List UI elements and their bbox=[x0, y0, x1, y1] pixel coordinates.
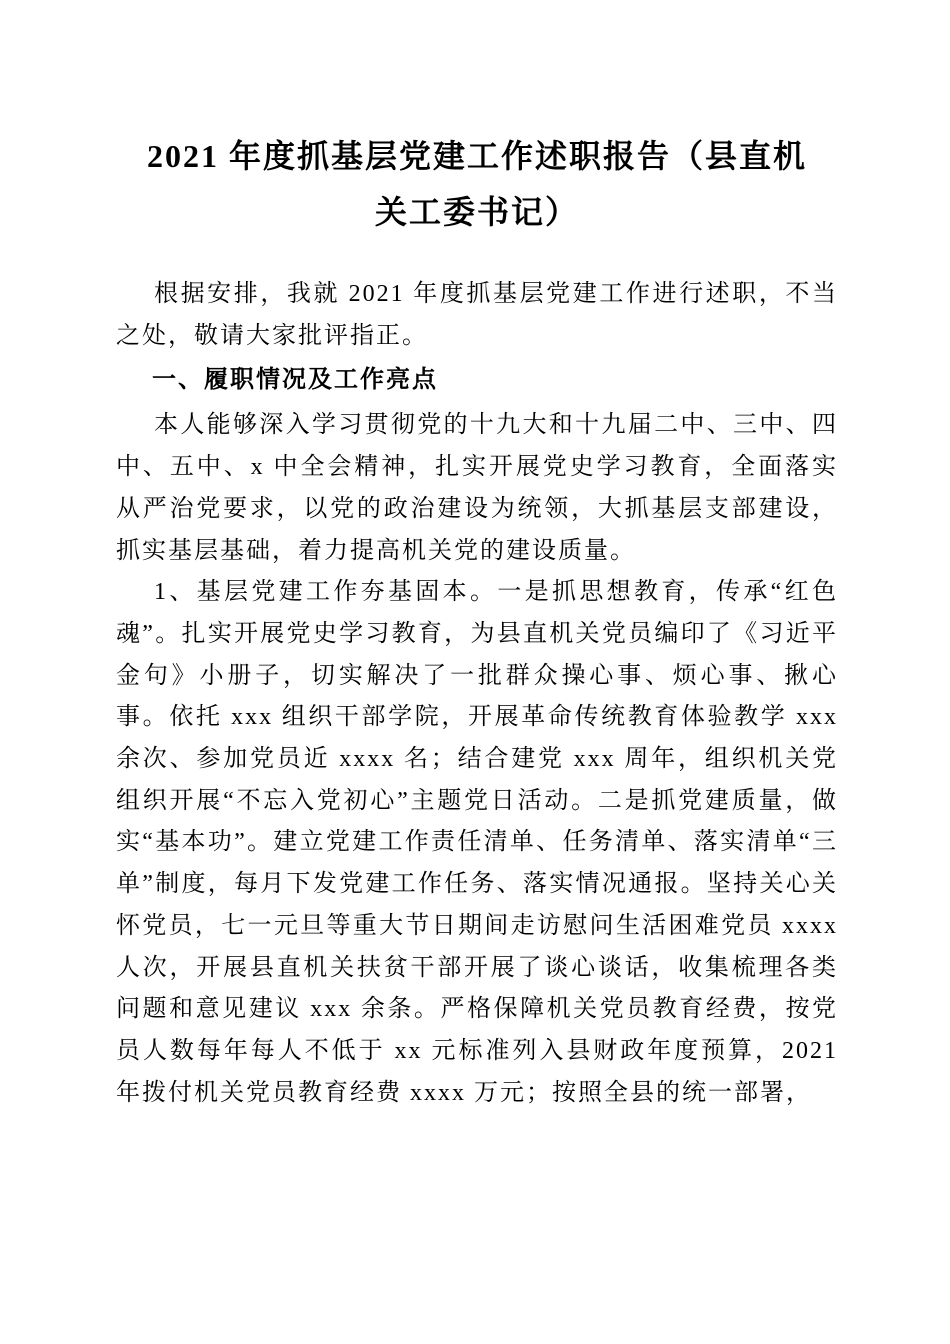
section-1-heading: 一、履职情况及工作亮点 bbox=[116, 359, 838, 401]
duty-performance-overview-paragraph: 本人能够深入学习贯彻党的十九大和十九届二中、三中、四中、五中、x 中全会精神，扎… bbox=[116, 405, 838, 572]
grassroots-party-building-paragraph: 1、基层党建工作夯基固本。一是抓思想教育，传承“红色魂”。扎实开展党史学习教育，… bbox=[116, 572, 838, 1114]
document-title-line-1: 2021 年度抓基层党建工作述职报告（县直机 bbox=[116, 128, 838, 184]
document-page: 2021 年度抓基层党建工作述职报告（县直机 关工委书记） 根据安排，我就 20… bbox=[0, 0, 950, 1344]
intro-paragraph: 根据安排，我就 2021 年度抓基层党建工作进行述职，不当之处，敬请大家批评指正… bbox=[116, 274, 838, 357]
document-title-line-2: 关工委书记） bbox=[116, 184, 838, 240]
document-title: 2021 年度抓基层党建工作述职报告（县直机 关工委书记） bbox=[116, 128, 838, 240]
document-body: 根据安排，我就 2021 年度抓基层党建工作进行述职，不当之处，敬请大家批评指正… bbox=[116, 274, 838, 1114]
